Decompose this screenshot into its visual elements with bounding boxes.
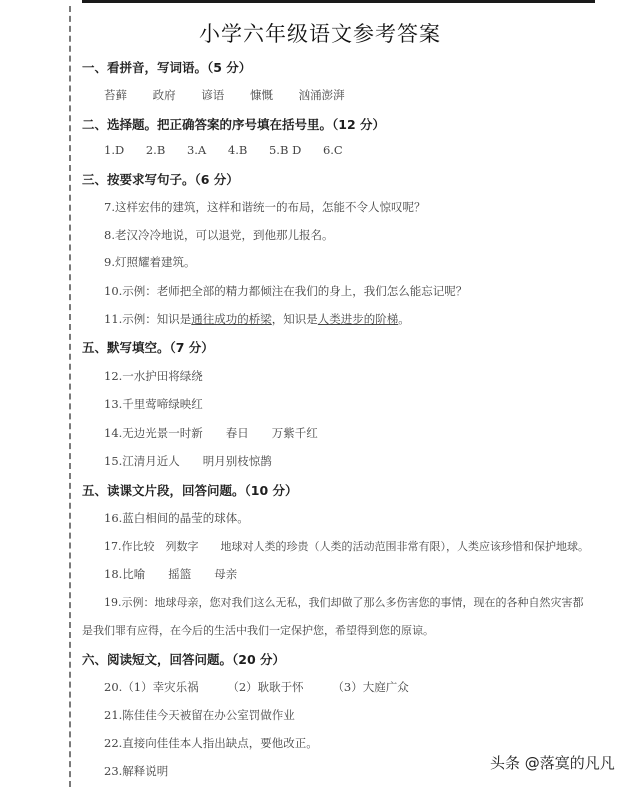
answer-line-9: 9.灯照耀着建筑。: [104, 254, 195, 270]
answer-line-1: 苔藓 政府 谚语 慷慨 汹涌澎湃: [104, 87, 345, 103]
choice-answer: 6.C: [323, 143, 343, 157]
answer-line-17: 17.作比较 列数字 地球对人类的珍贵（人类的活动范围非常有限），人类应该珍惜和…: [104, 538, 589, 554]
answer-line-23: 23.解释说明: [104, 763, 168, 779]
section-heading-6: 六、阅读短文，回答问题。（20 分）: [82, 650, 285, 668]
answer-line-10: 10.示例：老师把全部的精力都倾注在我们的身上，我们怎么能忘记呢？: [104, 283, 467, 299]
answer-word: 苔藓: [104, 88, 127, 102]
answer-word: 政府: [153, 88, 176, 102]
answer-word: 谚语: [201, 88, 224, 102]
answer-line-13: 13.千里莺啼绿映红: [104, 396, 203, 412]
answer-line-18: 18.比喻 摇篮 母亲: [104, 566, 237, 582]
section-heading-3: 三、按要求写句子。（6 分）: [82, 170, 239, 188]
answer-line-7: 7.这样宏伟的建筑，这样和谐统一的布局，怎能不令人惊叹呢？: [104, 199, 425, 215]
answer-line-16: 16.蓝白相间的晶莹的球体。: [104, 510, 249, 526]
binding-dashed-line: [69, 6, 71, 787]
answer-word: 慷慨: [250, 88, 273, 102]
choice-answer: 2.B: [146, 143, 165, 157]
answer-line-21: 21.陈佳佳今天被留在办公室罚做作业: [104, 707, 295, 723]
section-heading-4: 五、默写填空。（7 分）: [82, 338, 214, 356]
answer-line-8: 8.老汉冷冷地说，可以退党，到他那儿报名。: [104, 227, 333, 243]
answer-line-15: 15.江清月近人 明月别枝惊鹊: [104, 453, 272, 469]
section-heading-1: 一、看拼音，写词语。（5 分）: [82, 58, 251, 76]
section-heading-2: 二、选择题。把正确答案的序号填在括号里。（12 分）: [82, 115, 385, 133]
line11-mid: ，知识是: [272, 312, 318, 326]
choice-answer: 3.A: [187, 143, 206, 157]
answer-line-choices: 1.D 2.B 3.A 4.B 5.B D 6.C: [104, 143, 343, 157]
answer-line-19: 19.示例：地球母亲，您对我们这么无私，我们却做了那么多伤害您的事情，现在的各种…: [104, 594, 584, 610]
choice-answer: 1.D: [104, 143, 124, 157]
underlined-phrase: 人类进步的阶梯: [318, 312, 399, 326]
underlined-phrase: 通往成功的桥梁: [191, 312, 272, 326]
line11-suffix: 。: [398, 312, 410, 326]
answer-line-20: 20.（1）幸灾乐祸 （2）耿耿于怀 （3）大庭广众: [104, 679, 409, 695]
answer-line-14: 14.无边光景一时新 春日 万紫千红: [104, 425, 318, 441]
watermark: 头条 @落寞的凡凡: [490, 752, 615, 773]
answer-line-11: 11.示例：知识是通往成功的桥梁，知识是人类进步的阶梯。: [104, 311, 410, 327]
answer-word: 汹涌澎湃: [299, 88, 345, 102]
top-border: [82, 0, 595, 3]
answer-line-22: 22.直接向佳佳本人指出缺点，要他改正。: [104, 735, 318, 751]
page-title: 小学六年级语文参考答案: [0, 18, 640, 48]
answer-line-12: 12.一水护田将绿绕: [104, 368, 203, 384]
answer-line-19-cont: 是我们罪有应得，在今后的生活中我们一定保护您，希望得到您的原谅。: [82, 622, 434, 638]
section-heading-5: 五、读课文片段，回答问题。（10 分）: [82, 481, 298, 499]
choice-answer: 4.B: [228, 143, 247, 157]
line11-prefix: 11.示例：知识是: [104, 312, 191, 326]
choice-answer: 5.B D: [269, 143, 301, 157]
